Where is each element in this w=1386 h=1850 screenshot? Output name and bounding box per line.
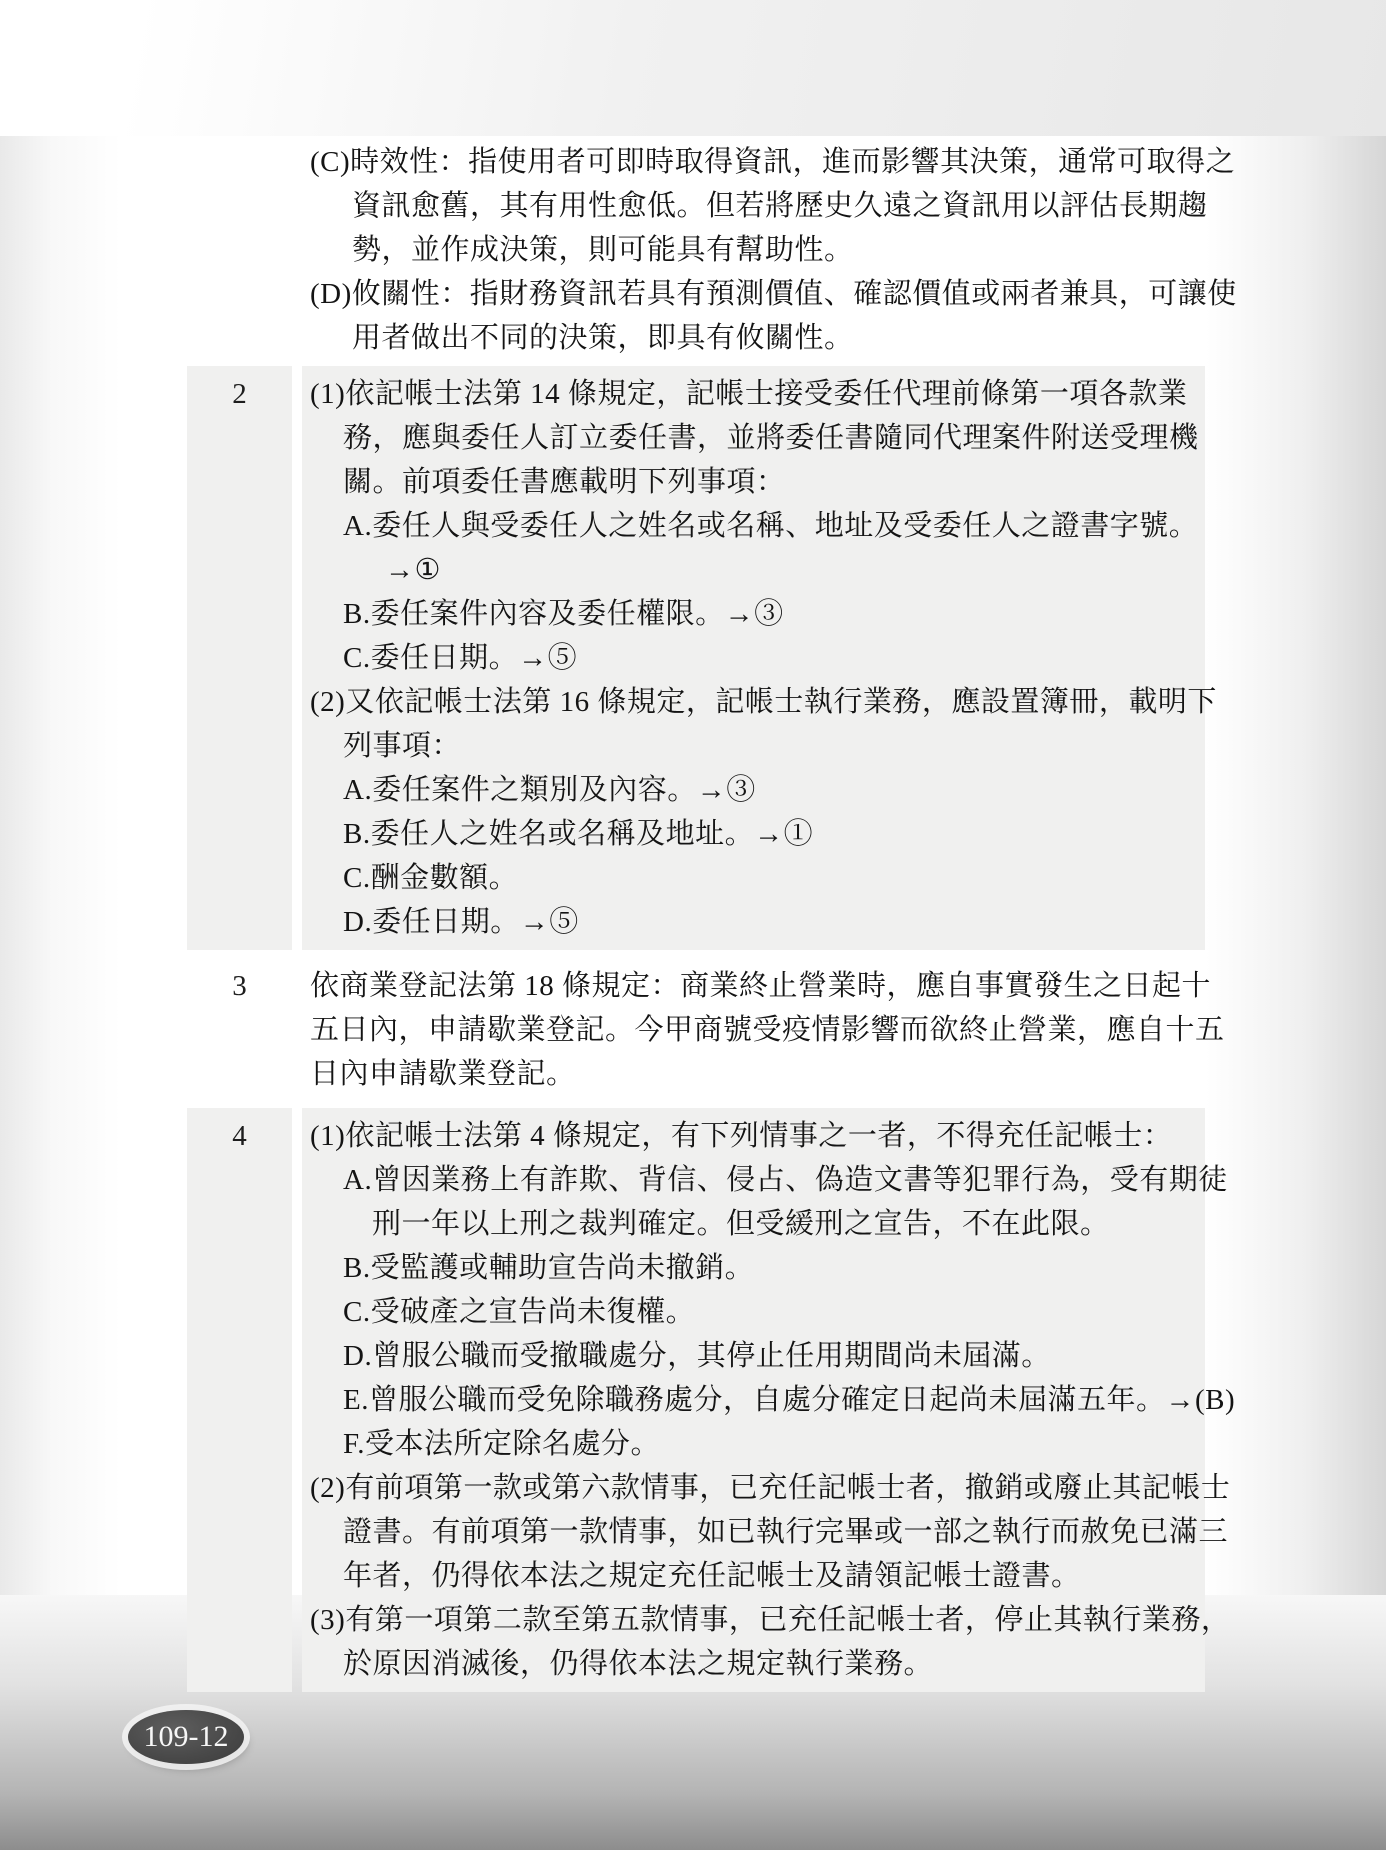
- column-gap: [292, 1108, 302, 1692]
- text-line: C.委任日期。→⑤: [302, 636, 1205, 680]
- text-line: (2)又依記帳士法第 16 條規定，記帳士執行業務，應設置簿冊，載明下: [302, 680, 1205, 724]
- text-line: B.委任人之姓名或名稱及地址。→①: [302, 812, 1205, 856]
- text-line: (2)有前項第一款或第六款情事，已充任記帳士者，撤銷或廢止其記帳士: [302, 1466, 1205, 1510]
- answer-row-2: 2 (1)依記帳士法第 14 條規定，記帳士接受委任代理前條第一項各款業 務，應…: [187, 366, 1205, 950]
- text-line: 資訊愈舊，其有用性愈低。但若將歷史久遠之資訊用以評估長期趨: [302, 184, 1205, 228]
- text-line: →①: [302, 548, 1205, 592]
- column-gap: [292, 964, 302, 1096]
- text-line: B.委任案件內容及委任權限。→③: [302, 592, 1205, 636]
- answers-content: (C)時效性：指使用者可即時取得資訊，進而影響其決策，通常可取得之 資訊愈舊，其…: [0, 0, 1386, 1692]
- text-line: A.曾因業務上有詐欺、背信、侵占、偽造文書等犯罪行為，受有期徒: [302, 1158, 1205, 1202]
- text-line: 刑一年以上刑之裁判確定。但受緩刑之宣告，不在此限。: [302, 1202, 1205, 1246]
- text-line: (1)依記帳士法第 14 條規定，記帳士接受委任代理前條第一項各款業: [302, 372, 1205, 416]
- answer-number-3: 3: [187, 964, 292, 1096]
- text-line: 關。前項委任書應載明下列事項：: [302, 460, 1205, 504]
- answer-number-4: 4: [187, 1108, 292, 1692]
- answer-body-4: (1)依記帳士法第 4 條規定，有下列情事之一者，不得充任記帳士： A.曾因業務…: [302, 1108, 1205, 1692]
- text-line: (C)時效性：指使用者可即時取得資訊，進而影響其決策，通常可取得之: [302, 140, 1205, 184]
- text-line: 證書。有前項第一款情事，如已執行完畢或一部之執行而赦免已滿三: [302, 1510, 1205, 1554]
- text-line: 年者，仍得依本法之規定充任記帳士及請領記帳士證書。: [302, 1554, 1205, 1598]
- text-line: F.受本法所定除名處分。: [302, 1422, 1205, 1466]
- column-gap: [292, 366, 302, 950]
- text-line: 用者做出不同的決策，即具有攸關性。: [302, 316, 1205, 360]
- text-line: A.委任案件之類別及內容。→③: [302, 768, 1205, 812]
- text-line: A.委任人與受委任人之姓名或名稱、地址及受委任人之證書字號。: [302, 504, 1205, 548]
- text-line: C.酬金數額。: [302, 856, 1205, 900]
- answer-row-4: 4 (1)依記帳士法第 4 條規定，有下列情事之一者，不得充任記帳士： A.曾因…: [187, 1108, 1205, 1692]
- text-line: (3)有第一項第二款至第五款情事，已充任記帳士者，停止其執行業務，: [302, 1598, 1205, 1642]
- text-line: 於原因消滅後，仍得依本法之規定執行業務。: [302, 1642, 1205, 1686]
- answer-body-2: (1)依記帳士法第 14 條規定，記帳士接受委任代理前條第一項各款業 務，應與委…: [302, 366, 1205, 950]
- text-line: 五日內，申請歇業登記。今甲商號受疫情影響而欲終止營業，應自十五: [302, 1008, 1205, 1052]
- answer-body-3: 依商業登記法第 18 條規定：商業終止營業時，應自事實發生之日起十 五日內，申請…: [302, 964, 1205, 1096]
- page-number-label: 109-12: [144, 1720, 229, 1754]
- answer-row-1: (C)時效性：指使用者可即時取得資訊，進而影響其決策，通常可取得之 資訊愈舊，其…: [187, 140, 1205, 360]
- text-line: B.受監護或輔助宣告尚未撤銷。: [302, 1246, 1205, 1290]
- text-line: (1)依記帳士法第 4 條規定，有下列情事之一者，不得充任記帳士：: [302, 1114, 1205, 1158]
- answer-number-2: 2: [187, 366, 292, 950]
- text-line: C.受破產之宣告尚未復權。: [302, 1290, 1205, 1334]
- text-line: (D)攸關性：指財務資訊若具有預測價值、確認價值或兩者兼具，可讓使: [302, 272, 1205, 316]
- column-gap: [292, 140, 302, 360]
- text-line: 列事項：: [302, 724, 1205, 768]
- scanned-answer-page: (C)時效性：指使用者可即時取得資訊，進而影響其決策，通常可取得之 資訊愈舊，其…: [0, 0, 1386, 1850]
- text-line: 務，應與委任人訂立委任書，並將委任書隨同代理案件附送受理機: [302, 416, 1205, 460]
- text-line: D.曾服公職而受撤職處分，其停止任用期間尚未屆滿。: [302, 1334, 1205, 1378]
- text-line: D.委任日期。→⑤: [302, 900, 1205, 944]
- text-line: 勢，並作成決策，則可能具有幫助性。: [302, 228, 1205, 272]
- answer-number-1: [187, 140, 292, 360]
- text-line: E.曾服公職而受免除職務處分，自處分確定日起尚未屆滿五年。→(B): [302, 1378, 1205, 1422]
- text-line: 依商業登記法第 18 條規定：商業終止營業時，應自事實發生之日起十: [302, 964, 1205, 1008]
- page-number-badge: 109-12: [128, 1710, 244, 1764]
- answer-body-1: (C)時效性：指使用者可即時取得資訊，進而影響其決策，通常可取得之 資訊愈舊，其…: [302, 140, 1205, 360]
- answer-row-3: 3 依商業登記法第 18 條規定：商業終止營業時，應自事實發生之日起十 五日內，…: [187, 964, 1205, 1096]
- text-line: 日內申請歇業登記。: [302, 1052, 1205, 1096]
